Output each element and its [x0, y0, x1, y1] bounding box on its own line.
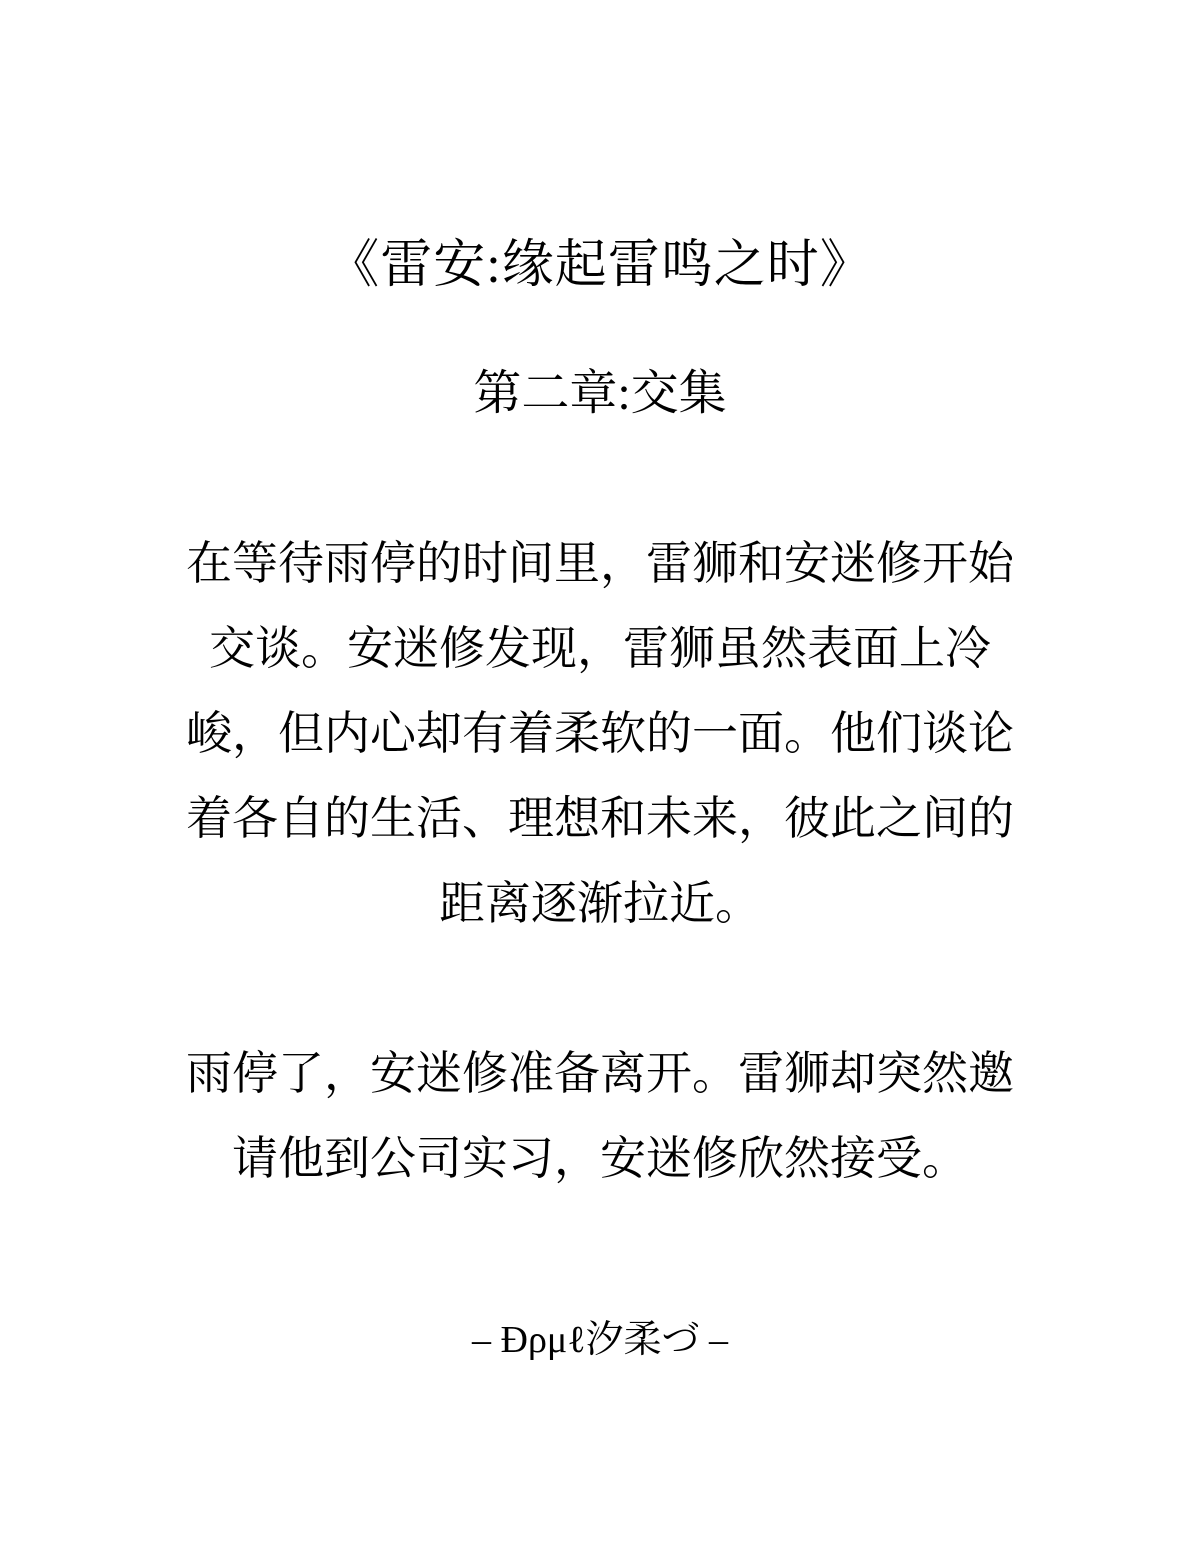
author-signature: – Ðρμℓ汐柔づ – — [0, 1201, 1200, 1363]
story-paragraph: 在等待雨停的时间里，雷狮和安迷修开始交谈。安迷修发现，雷狮虽然表面上冷峻，但内心… — [178, 521, 1022, 946]
story-body: 在等待雨停的时间里，雷狮和安迷修开始交谈。安迷修发现，雷狮虽然表面上冷峻，但内心… — [178, 421, 1022, 1201]
story-paragraph: 雨停了，安迷修准备离开。雷狮却突然邀请他到公司实习，安迷修欣然接受。 — [178, 1031, 1022, 1201]
story-page: 《雷安:缘起雷鸣之时》 第二章:交集 在等待雨停的时间里，雷狮和安迷修开始交谈。… — [0, 0, 1200, 1552]
chapter-heading: 第二章:交集 — [0, 296, 1200, 421]
story-title: 《雷安:缘起雷鸣之时》 — [0, 0, 1200, 296]
